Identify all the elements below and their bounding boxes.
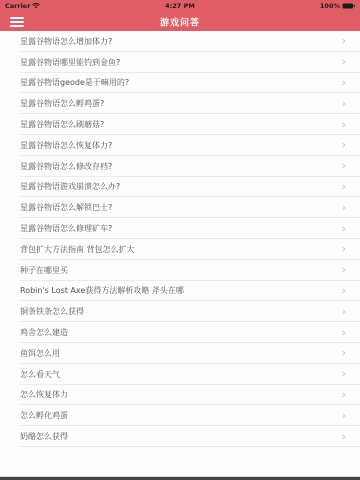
chevron-right-icon: › (342, 389, 346, 400)
list-item[interactable]: 星露谷物语怎么修改存档?› (0, 156, 360, 177)
question-label: 铜条铁条怎么获得 (20, 306, 342, 317)
list-item[interactable]: 星露谷物语怎么增加体力?› (0, 31, 360, 52)
chevron-right-icon: › (342, 431, 346, 442)
list-item[interactable]: 星露谷物语怎么孵鸡蛋?› (0, 93, 360, 114)
page-title: 游戏问答 (160, 15, 200, 28)
chevron-right-icon: › (342, 264, 346, 275)
chevron-right-icon: › (342, 139, 346, 150)
list-item[interactable]: 鱼饵怎么用› (0, 343, 360, 364)
question-label: 星露谷物语怎么恢复体力? (20, 140, 342, 151)
list-item[interactable]: 星露谷物语怎么解锁巴士?› (0, 197, 360, 218)
list-item[interactable]: 星露谷物语游戏崩溃怎么办?› (0, 177, 360, 198)
question-label: 怎么恢复体力 (20, 389, 342, 400)
list-item[interactable]: Robin's Lost Axe获得方法解析攻略 斧头在哪› (0, 281, 360, 302)
list-item[interactable]: 怎么孵化鸡蛋› (0, 405, 360, 426)
top-bar: Carrier 4:27 PM 100% 游戏问答 (0, 0, 360, 31)
chevron-right-icon: › (342, 306, 346, 317)
question-list: 星露谷物语怎么增加体力?›星露谷物语哪里能钓到金鱼?›星露谷物语geode是干嘛… (0, 31, 360, 447)
question-label: 星露谷物语怎么解锁巴士? (20, 202, 342, 213)
list-item[interactable]: 星露谷物语怎么恢复体力?› (0, 135, 360, 156)
chevron-right-icon: › (342, 77, 346, 88)
chevron-right-icon: › (342, 202, 346, 213)
question-label: 星露谷物语geode是干嘛用的? (20, 77, 342, 88)
question-label: 星露谷物语游戏崩溃怎么办? (20, 181, 342, 192)
carrier-label: Carrier (5, 2, 30, 10)
question-label: 鸡舍怎么建造 (20, 327, 342, 338)
list-item[interactable]: 星露谷物语geode是干嘛用的?› (0, 73, 360, 94)
question-label: 背包扩大方法指南 背包怎么扩大 (20, 244, 342, 255)
battery-percent-label: 100% (320, 2, 340, 10)
question-label: 种子在哪里买 (20, 265, 342, 276)
question-label: 星露谷物语怎么刷蘑菇? (20, 119, 342, 130)
ad-banner-edge (0, 476, 360, 480)
question-label: 星露谷物语怎么孵鸡蛋? (20, 98, 342, 109)
question-label: 怎么看天气 (20, 369, 342, 380)
list-item[interactable]: 怎么看天气› (0, 364, 360, 385)
chevron-right-icon: › (342, 410, 346, 421)
list-item[interactable]: 背包扩大方法指南 背包怎么扩大› (0, 239, 360, 260)
list-item[interactable]: 怎么恢复体力› (0, 385, 360, 406)
chevron-right-icon: › (342, 181, 346, 192)
chevron-right-icon: › (342, 223, 346, 234)
chevron-right-icon: › (342, 98, 346, 109)
status-bar-right: 100% (320, 2, 355, 10)
wifi-signal-icon (32, 3, 40, 9)
list-item[interactable]: 种子在哪里买› (0, 260, 360, 281)
question-label: 星露谷物语怎么修改存档? (20, 161, 342, 172)
battery-full-icon (342, 3, 355, 9)
question-label: Robin's Lost Axe获得方法解析攻略 斧头在哪 (20, 285, 342, 296)
hamburger-menu-icon[interactable] (10, 17, 24, 27)
list-item[interactable]: 铜条铁条怎么获得› (0, 301, 360, 322)
chevron-right-icon: › (342, 35, 346, 46)
clock-label: 4:27 PM (165, 2, 195, 10)
chevron-right-icon: › (342, 285, 346, 296)
question-label: 星露谷物语哪里能钓到金鱼? (20, 57, 342, 68)
question-label: 鱼饵怎么用 (20, 348, 342, 359)
list-item[interactable]: 星露谷物语哪里能钓到金鱼?› (0, 52, 360, 73)
list-item[interactable]: 星露谷物语怎么修理矿车?› (0, 218, 360, 239)
chevron-right-icon: › (342, 327, 346, 338)
chevron-right-icon: › (342, 243, 346, 254)
list-item[interactable]: 奶酪怎么获得› (0, 426, 360, 447)
question-label: 星露谷物语怎么增加体力? (20, 36, 342, 47)
list-item[interactable]: 星露谷物语怎么刷蘑菇?› (0, 114, 360, 135)
chevron-right-icon: › (342, 160, 346, 171)
chevron-right-icon: › (342, 368, 346, 379)
chevron-right-icon: › (342, 119, 346, 130)
question-label: 星露谷物语怎么修理矿车? (20, 223, 342, 234)
app-screen: Carrier 4:27 PM 100% 游戏问答 (0, 0, 360, 480)
navigation-bar: 游戏问答 (0, 12, 360, 31)
question-label: 怎么孵化鸡蛋 (20, 410, 342, 421)
status-bar-left: Carrier (5, 2, 40, 10)
chevron-right-icon: › (342, 347, 346, 358)
chevron-right-icon: › (342, 56, 346, 67)
list-item[interactable]: 鸡舍怎么建造› (0, 322, 360, 343)
question-label: 奶酪怎么获得 (20, 431, 342, 442)
status-bar: Carrier 4:27 PM 100% (0, 0, 360, 12)
